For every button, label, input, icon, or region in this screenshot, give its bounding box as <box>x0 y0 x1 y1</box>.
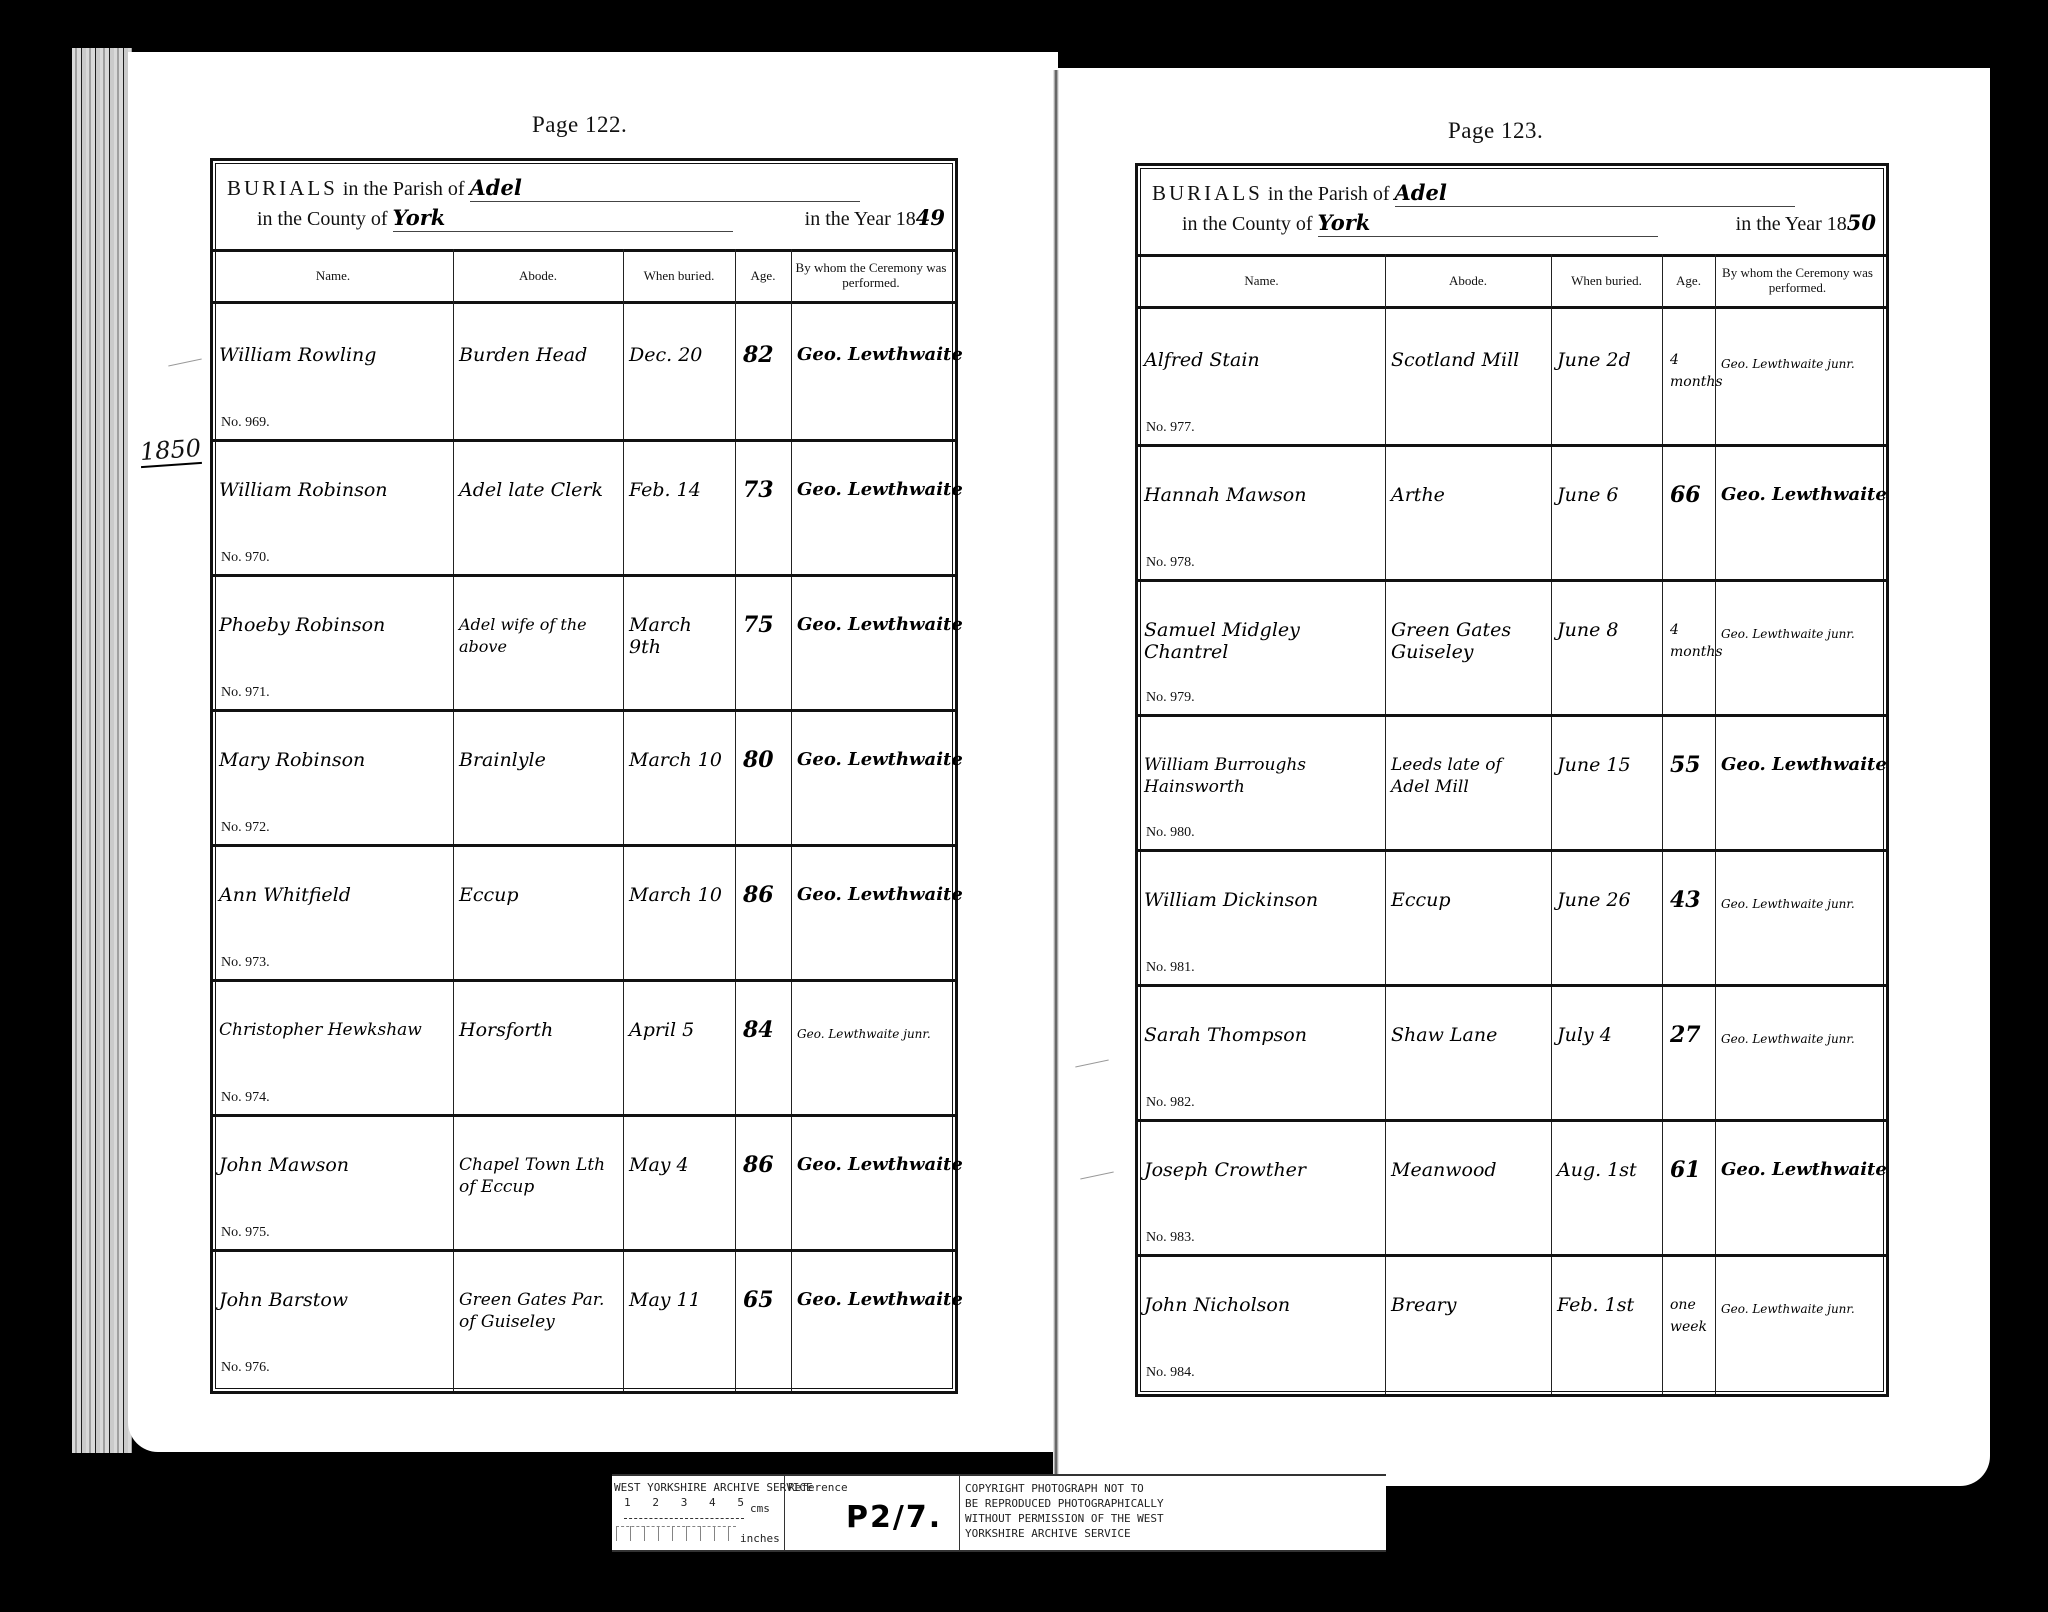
entry-abode: Green Gates Par. of Guiseley <box>459 1289 619 1333</box>
entry-age: 65 <box>743 1289 774 1311</box>
entry-abode: Chapel Town Lth of Eccup <box>459 1154 619 1198</box>
entry-age: 55 <box>1670 754 1701 776</box>
entries-right: Alfred StainNo. 977. Scotland Mill June … <box>1138 309 1886 1394</box>
entry-abode: Horsforth <box>459 1019 553 1041</box>
table-row: John BarstowNo. 976. Green Gates Par. of… <box>213 1249 955 1384</box>
entry-minister: Geo. Lewthwaite junr. <box>1721 1028 1855 1050</box>
entry-age: 27 <box>1670 1024 1701 1046</box>
entry-age: 4 months <box>1670 349 1714 393</box>
entry-minister: Geo. Lewthwaite <box>797 479 963 501</box>
entry-abode: Eccup <box>1391 889 1451 911</box>
year-line: in the Year 1849 <box>805 205 945 231</box>
entry-abode: Leeds late of Adel Mill <box>1391 754 1541 798</box>
entry-name: Mary Robinson <box>219 749 365 771</box>
entry-when-buried: June 15 <box>1557 754 1631 776</box>
column-headers: Name. Abode. When buried. Age. By whom t… <box>1138 254 1886 309</box>
county-prefix: in the County of <box>1182 213 1313 235</box>
entry-when-buried: May 11 <box>629 1289 701 1311</box>
burial-register-left: BURIALS in the Parish of Adel in the Cou… <box>210 158 958 1394</box>
col-header-age: Age. <box>1662 254 1715 306</box>
year-value: 49 <box>916 205 945 230</box>
entry-number: No. 969. <box>221 415 270 431</box>
reference-section: Reference P2/7. <box>784 1476 960 1550</box>
entry-name: Hannah Mawson <box>1144 484 1306 506</box>
entry-abode: Brainlyle <box>459 749 546 771</box>
entry-minister: Geo. Lewthwaite <box>797 344 963 366</box>
entry-abode: Arthe <box>1391 484 1445 506</box>
entry-minister: Geo. Lewthwaite junr. <box>1721 1298 1855 1320</box>
entry-name: Phoeby Robinson <box>219 614 385 636</box>
entry-name: John Nicholson <box>1144 1294 1290 1316</box>
entry-when-buried: Feb. 14 <box>629 479 701 501</box>
table-row: John NicholsonNo. 984. Breary Feb. 1st o… <box>1138 1254 1886 1389</box>
entry-abode: Adel late Clerk <box>459 479 609 501</box>
burials-heading: BURIALS <box>227 176 338 200</box>
parish-value: Adel <box>1395 180 1447 205</box>
entry-abode: Breary <box>1391 1294 1456 1316</box>
entry-age: 75 <box>743 614 774 636</box>
parish-prefix: in the Parish of <box>1268 183 1390 205</box>
entry-number: No. 981. <box>1146 960 1195 976</box>
parish-prefix: in the Parish of <box>343 178 465 200</box>
entry-minister: Geo. Lewthwaite <box>797 749 963 771</box>
entry-minister: Geo. Lewthwaite junr. <box>1721 353 1855 375</box>
book-gutter <box>1053 70 1059 1480</box>
table-row: William RowlingNo. 969. Burden Head Dec.… <box>213 304 955 442</box>
entry-number: No. 977. <box>1146 420 1195 436</box>
entry-number: No. 978. <box>1146 555 1195 571</box>
year-prefix: in the Year 18 <box>1736 213 1847 235</box>
entry-minister: Geo. Lewthwaite junr. <box>797 1023 931 1045</box>
entry-number: No. 972. <box>221 820 270 836</box>
county-line: in the County of York <box>257 205 733 232</box>
entry-age: 86 <box>743 1154 774 1176</box>
entry-minister: Geo. Lewthwaite <box>797 614 963 636</box>
entry-name: Joseph Crowther <box>1144 1159 1306 1181</box>
entry-when-buried: March 10 <box>629 884 722 906</box>
entry-when-buried: March 10 <box>629 749 722 771</box>
entry-age: 66 <box>1670 484 1701 506</box>
register-title-block: BURIALS in the Parish of Adel in the Cou… <box>1138 166 1886 257</box>
entry-age: 86 <box>743 884 774 906</box>
entry-name: Samuel Midgley Chantrel <box>1144 619 1344 663</box>
table-row: William Burroughs HainsworthNo. 980. Lee… <box>1138 714 1886 852</box>
entry-number: No. 970. <box>221 550 270 566</box>
column-headers: Name. Abode. When buried. Age. By whom t… <box>213 249 955 304</box>
entry-when-buried: Aug. 1st <box>1557 1159 1637 1181</box>
col-header-minister: By whom the Ceremony was performed. <box>1715 254 1880 306</box>
ruler-cms-bar <box>624 1508 744 1519</box>
entry-name: William Dickinson <box>1144 889 1318 911</box>
left-page-number: Page 122. <box>532 112 627 138</box>
table-row: John MawsonNo. 975. Chapel Town Lth of E… <box>213 1114 955 1252</box>
book-spine-edge <box>72 48 132 1453</box>
entry-name: Sarah Thompson <box>1144 1024 1307 1046</box>
entry-age: one week <box>1670 1294 1714 1338</box>
archive-service-section: WEST YORKSHIRE ARCHIVE SERVICE 1 2 3 4 5… <box>612 1476 785 1550</box>
entry-minister: Geo. Lewthwaite junr. <box>1721 623 1855 645</box>
entry-minister: Geo. Lewthwaite <box>1721 1159 1887 1181</box>
entry-age: 84 <box>743 1019 774 1041</box>
col-header-abode: Abode. <box>453 249 623 301</box>
entry-minister: Geo. Lewthwaite <box>797 1154 963 1176</box>
ruler-inches-bar <box>616 1526 736 1541</box>
year-value: 50 <box>1847 210 1876 235</box>
entry-name: William Burroughs Hainsworth <box>1144 754 1374 798</box>
entry-name: William Robinson <box>219 479 388 501</box>
entry-age: 73 <box>743 479 774 501</box>
entry-minister: Geo. Lewthwaite <box>1721 754 1887 776</box>
burial-register-right: BURIALS in the Parish of Adel in the Cou… <box>1135 163 1889 1397</box>
table-row: William RobinsonNo. 970. Adel late Clerk… <box>213 439 955 577</box>
table-row: Ann WhitfieldNo. 973. Eccup March 10 86 … <box>213 844 955 982</box>
year-prefix: in the Year 18 <box>805 208 916 230</box>
table-row: Christopher HewkshawNo. 974. Horsforth A… <box>213 979 955 1117</box>
table-row: Phoeby RobinsonNo. 971. Adel wife of the… <box>213 574 955 712</box>
entry-name: John Barstow <box>219 1289 348 1311</box>
entry-abode: Adel wife of the above <box>459 614 619 658</box>
col-header-name: Name. <box>213 249 453 301</box>
ruler-inches-label: inches <box>740 1532 780 1545</box>
parish-line: BURIALS in the Parish of Adel <box>1152 180 1795 207</box>
entry-age: 43 <box>1670 889 1701 911</box>
col-header-abode: Abode. <box>1385 254 1551 306</box>
entry-abode: Shaw Lane <box>1391 1024 1497 1046</box>
entry-number: No. 971. <box>221 685 270 701</box>
entry-when-buried: July 4 <box>1557 1024 1612 1046</box>
col-header-name: Name. <box>1138 254 1385 306</box>
entry-abode: Green Gates Guiseley <box>1391 619 1531 663</box>
entry-when-buried: Feb. 1st <box>1557 1294 1634 1316</box>
right-page-number: Page 123. <box>1448 118 1543 144</box>
entry-abode: Eccup <box>459 884 519 906</box>
ruler-cms-label: cms <box>750 1502 770 1515</box>
table-row: Alfred StainNo. 977. Scotland Mill June … <box>1138 309 1886 447</box>
county-line: in the County of York <box>1182 210 1658 237</box>
entry-when-buried: March 9th <box>629 614 719 658</box>
entry-when-buried: Dec. 20 <box>629 344 702 366</box>
table-row: Mary RobinsonNo. 972. Brainlyle March 10… <box>213 709 955 847</box>
entry-name: John Mawson <box>219 1154 349 1176</box>
entry-age: 80 <box>743 749 774 771</box>
entry-number: No. 980. <box>1146 825 1195 841</box>
entry-when-buried: June 2d <box>1557 349 1631 371</box>
entry-minister: Geo. Lewthwaite <box>797 884 963 906</box>
reference-value: P2/7. <box>846 1500 942 1535</box>
table-row: Sarah ThompsonNo. 982. Shaw Lane July 4 … <box>1138 984 1886 1122</box>
entry-when-buried: May 4 <box>629 1154 689 1176</box>
entry-abode: Burden Head <box>459 344 587 366</box>
reference-label: Reference <box>788 1481 848 1494</box>
table-row: William DickinsonNo. 981. Eccup June 26 … <box>1138 849 1886 987</box>
entry-number: No. 974. <box>221 1090 270 1106</box>
entry-number: No. 979. <box>1146 690 1195 706</box>
archive-service-name: WEST YORKSHIRE ARCHIVE SERVICE <box>614 1481 813 1494</box>
entry-number: No. 976. <box>221 1360 270 1376</box>
entry-number: No. 983. <box>1146 1230 1195 1246</box>
entry-age: 4 months <box>1670 619 1714 663</box>
margin-year-note: 1850 <box>139 434 202 468</box>
entry-name: Christopher Hewkshaw <box>219 1019 422 1041</box>
col-header-age: Age. <box>735 249 791 301</box>
entry-name: Ann Whitfield <box>219 884 351 906</box>
copyright-notice: COPYRIGHT PHOTOGRAPH NOT TO BE REPRODUCE… <box>965 1481 1164 1541</box>
register-title-block: BURIALS in the Parish of Adel in the Cou… <box>213 161 955 252</box>
entry-abode: Scotland Mill <box>1391 349 1519 371</box>
parish-line: BURIALS in the Parish of Adel <box>227 175 860 202</box>
county-value: York <box>393 205 446 230</box>
entry-when-buried: June 6 <box>1557 484 1618 506</box>
entry-minister: Geo. Lewthwaite junr. <box>1721 893 1855 915</box>
entry-number: No. 982. <box>1146 1095 1195 1111</box>
entry-name: Alfred Stain <box>1144 349 1260 371</box>
entry-when-buried: June 26 <box>1557 889 1631 911</box>
year-line: in the Year 1850 <box>1736 210 1876 236</box>
county-prefix: in the County of <box>257 208 388 230</box>
table-row: Hannah MawsonNo. 978. Arthe June 6 66 Ge… <box>1138 444 1886 582</box>
col-header-minister: By whom the Ceremony was performed. <box>791 249 951 301</box>
entry-when-buried: June 8 <box>1557 619 1618 641</box>
entry-age: 61 <box>1670 1159 1701 1181</box>
entry-name: William Rowling <box>219 344 376 366</box>
entry-number: No. 984. <box>1146 1365 1195 1381</box>
table-row: Joseph CrowtherNo. 983. Meanwood Aug. 1s… <box>1138 1119 1886 1257</box>
entry-when-buried: April 5 <box>629 1019 694 1041</box>
entries-left: William RowlingNo. 969. Burden Head Dec.… <box>213 304 955 1391</box>
archive-reference-label: WEST YORKSHIRE ARCHIVE SERVICE 1 2 3 4 5… <box>612 1474 1386 1552</box>
entry-abode: Meanwood <box>1391 1159 1497 1181</box>
parish-value: Adel <box>470 175 522 200</box>
entry-age: 82 <box>743 344 774 366</box>
col-header-when-buried: When buried. <box>1551 254 1662 306</box>
table-row: Samuel Midgley ChantrelNo. 979. Green Ga… <box>1138 579 1886 717</box>
county-value: York <box>1318 210 1371 235</box>
entry-number: No. 973. <box>221 955 270 971</box>
copyright-section: COPYRIGHT PHOTOGRAPH NOT TO BE REPRODUCE… <box>959 1476 1386 1550</box>
col-header-when-buried: When buried. <box>623 249 735 301</box>
burials-heading: BURIALS <box>1152 181 1263 205</box>
entry-minister: Geo. Lewthwaite <box>797 1289 963 1311</box>
entry-minister: Geo. Lewthwaite <box>1721 484 1887 506</box>
entry-number: No. 975. <box>221 1225 270 1241</box>
